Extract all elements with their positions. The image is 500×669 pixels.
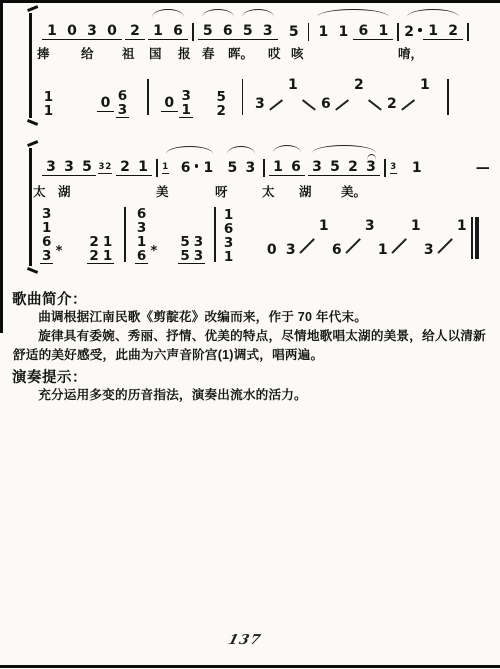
digit-row: 3 xyxy=(284,243,297,258)
digit-row: 5 xyxy=(223,161,241,176)
digit-row: 2 xyxy=(116,160,134,176)
note-body: 1 xyxy=(313,18,333,46)
digit: 6 xyxy=(332,243,342,258)
note-row: 6316* xyxy=(135,207,148,264)
chord-stack-item: 5 xyxy=(216,90,225,104)
note-body: 3 xyxy=(362,153,380,182)
note-body: 5 xyxy=(326,153,344,182)
arpeggio-mark: * xyxy=(151,244,158,259)
note-body: 1 xyxy=(284,71,301,99)
note-body: 1 xyxy=(409,212,422,240)
note-digit: 6 xyxy=(180,154,200,182)
note-body xyxy=(171,169,180,182)
barline xyxy=(242,79,244,115)
digit-row: 6 xyxy=(330,243,343,258)
note-digit: 6 xyxy=(330,236,343,264)
digit: 1 xyxy=(203,161,213,176)
augmentation-dot xyxy=(195,164,198,167)
melody-staff-2: 33532211615316352331— xyxy=(42,144,500,182)
note-body: 3 xyxy=(258,17,278,46)
digit-row: 5 xyxy=(238,24,258,40)
digit: 0 xyxy=(164,96,174,111)
glissando-stroke xyxy=(300,238,315,253)
note-body: 3 xyxy=(42,153,60,182)
slur-arc xyxy=(312,145,376,153)
digit-row: 1 xyxy=(423,24,443,40)
note-group: 1030 xyxy=(42,8,122,46)
note-row: 52 xyxy=(213,90,230,118)
digit-row: 6 xyxy=(317,97,334,112)
note-digit: 1 xyxy=(162,167,180,182)
note-body: 1 xyxy=(423,17,443,46)
note-digit: 1 xyxy=(317,212,330,240)
note-digit: 2 xyxy=(344,153,362,182)
note-digit: 1 xyxy=(373,17,393,46)
chord-stack-item: 1 xyxy=(181,103,190,117)
chord-note: 11 xyxy=(101,235,114,264)
chord-stack-item: 3 xyxy=(42,207,51,221)
final-barline xyxy=(471,217,479,259)
note-row: 3163* xyxy=(40,207,53,264)
note-body: 5 xyxy=(198,17,218,46)
chord-stack-item: 1 xyxy=(42,221,51,235)
note-row: 2 xyxy=(125,17,145,46)
chord-stack: 6316* xyxy=(135,207,148,264)
note-group: 5533 xyxy=(178,226,205,264)
note-body: 3 xyxy=(422,236,435,264)
chord-digit: 1 xyxy=(42,221,51,235)
digit: 1 xyxy=(420,78,430,93)
grace-note: 1 xyxy=(162,159,169,174)
digit: 3 xyxy=(255,97,265,112)
note-digit: 3 xyxy=(422,236,435,264)
chord-stack: 11 xyxy=(101,235,114,264)
glissando-stroke xyxy=(369,100,383,111)
barline xyxy=(214,207,216,262)
digit-row: 3 xyxy=(60,160,78,176)
barline xyxy=(447,79,449,115)
note-row: 161 xyxy=(162,154,218,182)
glissando-stroke xyxy=(438,238,453,253)
note-group: 3523 xyxy=(308,144,380,182)
note-digit: 3 xyxy=(362,153,380,182)
spacer xyxy=(235,263,265,264)
note-digit: 3 xyxy=(241,154,259,182)
note-body: 3 xyxy=(60,153,78,182)
digit: 3 xyxy=(365,219,375,234)
note-digit: 5 xyxy=(284,18,304,46)
page-number: 137 xyxy=(0,632,492,648)
digit-row: 2 xyxy=(350,78,367,93)
grace-digit-text: 1 xyxy=(162,163,168,172)
chord-stack: 52 xyxy=(214,90,227,118)
note-body: 0 xyxy=(62,17,82,46)
digit: 6 xyxy=(223,24,233,39)
barline xyxy=(308,23,310,41)
spacer xyxy=(131,117,143,118)
chord-stack-item: 1 xyxy=(103,249,112,263)
note-group: 063 xyxy=(97,80,131,118)
digit: 1 xyxy=(412,161,422,176)
digit: 1 xyxy=(138,160,148,175)
note-body: 1 xyxy=(42,17,62,46)
slur-arc xyxy=(273,145,301,153)
note-body: 3 xyxy=(363,212,376,240)
section-heading-intro: 歌曲简介： xyxy=(12,288,87,309)
chord-stack-item: 6 xyxy=(137,207,146,221)
glissando-stroke xyxy=(346,238,361,253)
digit: 1 xyxy=(153,24,163,39)
digit: 2 xyxy=(348,160,358,175)
chord-stack-item: 3 xyxy=(137,221,146,235)
digit: 5 xyxy=(330,160,340,175)
chord-digit: 1 xyxy=(224,208,233,222)
intro-paragraph-1: 曲调根据江南民歌《剪靛花》改编而来，作于 70 年代末。 xyxy=(13,308,487,327)
note-row: 031 xyxy=(161,89,195,118)
note-digit: 1 xyxy=(313,18,333,46)
chord-stack-item: 2 xyxy=(216,104,225,118)
note-digit: 2 xyxy=(125,17,145,46)
note-body: 3 xyxy=(308,153,326,182)
chord-digit: 1 xyxy=(44,90,53,104)
note-group: 031631131 xyxy=(265,227,468,264)
note-body: 0 xyxy=(161,89,178,118)
chord-digit: 1 xyxy=(224,250,233,264)
note-digit: 6 xyxy=(287,153,305,182)
digit-row: 1 xyxy=(416,78,433,93)
digit: 1 xyxy=(319,25,329,40)
note-body: 1 xyxy=(199,154,217,182)
note-row: 31 xyxy=(390,154,426,182)
lyric-syllable: 祖 xyxy=(122,44,135,62)
note-digit: 0 xyxy=(265,236,278,264)
section-heading-performance: 演奏提示： xyxy=(12,366,87,387)
lyric-syllable: 美。 xyxy=(341,182,366,200)
digit-row: 0 xyxy=(97,96,114,112)
intro-paragraph-2: 旋律具有委婉、秀丽、抒情、优美的特点，尽情地歌唱太湖的美景，给人以清新舒适的美好… xyxy=(13,327,487,365)
chord-stack-item: 3 xyxy=(194,235,203,249)
note-row: 1631 xyxy=(222,208,235,264)
note-digit: 0 xyxy=(161,89,178,118)
chord-note: 55 xyxy=(178,235,191,264)
note-digit: 5 xyxy=(78,153,96,182)
note-group: 2 xyxy=(125,8,145,46)
chord-stack-item: 6 xyxy=(224,222,233,236)
score-page: 1030216565351161212 捧给祖国报春晖。哎咳唷， 1106303… xyxy=(0,0,500,669)
digit-row: 1 xyxy=(409,219,422,234)
chord-digit: 5 xyxy=(180,235,189,249)
digit-row: 0 xyxy=(265,243,278,258)
chord-note: 6316* xyxy=(135,207,148,264)
chord-stack-item: 2 xyxy=(89,235,98,249)
slur-arc xyxy=(407,9,459,17)
digit-row: 6 xyxy=(218,24,238,40)
digit-row: 6 xyxy=(287,160,305,176)
note-digit: 0 xyxy=(97,89,114,118)
note-row: 53 xyxy=(238,17,278,46)
grace-digit: 3 xyxy=(98,159,105,172)
note-body: 6 xyxy=(353,17,373,46)
digit-row: 1 xyxy=(148,24,168,40)
lyric-syllable: 春 xyxy=(202,44,215,62)
digit-row: 2 xyxy=(344,160,362,176)
note-group: 5 xyxy=(284,9,304,46)
note-body: 0 xyxy=(97,89,114,118)
barline xyxy=(263,159,265,177)
note-body: 6 xyxy=(168,17,188,46)
chord-digit: 6 xyxy=(42,235,51,249)
chord-note: 33 xyxy=(192,235,205,264)
note-body: 1 xyxy=(376,236,389,264)
note-group: 16 xyxy=(269,144,305,182)
note-body: 1 xyxy=(373,17,393,46)
digit: 6 xyxy=(181,161,191,176)
digit: 1 xyxy=(47,24,57,39)
chord-stack-item: 1 xyxy=(137,235,146,249)
digit-row: 1 xyxy=(333,25,353,40)
note-digit: 6 xyxy=(353,17,373,46)
digit: — xyxy=(476,161,490,176)
slur-arc xyxy=(152,9,184,17)
lyric-syllable: 美 xyxy=(156,182,169,200)
note-row: — xyxy=(474,154,492,182)
note-row: 316221 xyxy=(251,90,433,118)
chord-stack: 63 xyxy=(116,89,129,118)
chord-note: 52 xyxy=(213,90,230,118)
chord-digit: 3 xyxy=(181,89,190,103)
note-group: 1631 xyxy=(222,199,235,264)
note-body: 1 xyxy=(148,17,168,46)
digit-row: 5 xyxy=(78,160,96,176)
note-digit: 3 xyxy=(363,212,376,240)
grace-note: 3 xyxy=(390,159,397,174)
note-group: 56 xyxy=(198,8,238,46)
note-digit: 3 xyxy=(308,153,326,182)
digit: 1 xyxy=(288,78,298,93)
note-digit: 5 xyxy=(326,153,344,182)
lyric-syllable: 唷， xyxy=(398,44,423,62)
accompaniment-staff-1: 1106303152316221 xyxy=(40,70,453,118)
note-digit: 1 xyxy=(376,236,389,264)
note-body: 2 xyxy=(125,17,145,46)
slur-arc xyxy=(202,9,234,17)
digit-row: 2 xyxy=(125,24,145,40)
spacer xyxy=(57,117,97,118)
digit: 1 xyxy=(428,24,438,39)
digit-row: 1 xyxy=(408,161,426,176)
chord-stack-item: 6 xyxy=(42,235,51,249)
digit: 3 xyxy=(263,24,273,39)
note-digit: 2 xyxy=(383,90,400,118)
digit-row: 2 xyxy=(403,25,423,40)
glissando-stroke xyxy=(270,100,284,111)
digit: 2 xyxy=(120,160,130,175)
note-digit: 1 xyxy=(333,18,353,46)
note-body: 3 xyxy=(251,90,268,118)
note-body: 5 xyxy=(284,18,304,46)
note-body: 5 xyxy=(223,154,241,182)
slur-arc xyxy=(317,9,389,17)
chord-digit: 6 xyxy=(137,249,146,263)
note-row: 335 xyxy=(42,153,96,182)
digit-row: 3 xyxy=(308,160,326,176)
digit-row: 2 xyxy=(443,24,463,40)
note-digit: 1 xyxy=(199,154,217,182)
digit: 5 xyxy=(289,25,299,40)
note-body: 2 xyxy=(443,17,463,46)
grace-note: 32 xyxy=(98,159,112,174)
chord-stack-item: 3 xyxy=(194,249,203,263)
digit: 3 xyxy=(312,160,322,175)
note-body: 2 xyxy=(344,153,362,182)
barline xyxy=(192,23,194,41)
note-group: 212 xyxy=(403,8,463,46)
digit-row: 1 xyxy=(42,24,62,40)
chord-digit: 6 xyxy=(224,222,233,236)
chord-digit: 1 xyxy=(137,235,146,249)
digit-row: 6 xyxy=(168,24,188,40)
chord-digit: 1 xyxy=(103,235,112,249)
digit-row: 2 xyxy=(383,97,400,112)
digit: 0 xyxy=(67,24,77,39)
note-body: 5 xyxy=(78,153,96,182)
final-barline-thin xyxy=(471,217,473,259)
note-digit: 1 xyxy=(416,71,433,99)
spacer xyxy=(230,117,238,118)
grace-digit: 3 xyxy=(390,159,397,172)
note-digit: 5 xyxy=(238,17,258,46)
lyric-syllable: 捧 xyxy=(37,44,50,62)
digit-row: 0 xyxy=(161,96,178,112)
chord-stack-item: 6 xyxy=(137,249,146,263)
spacer xyxy=(114,263,120,264)
lyric-syllable: 报 xyxy=(178,44,191,62)
digit-row: 0 xyxy=(62,24,82,40)
note-digit: 3 xyxy=(251,90,268,118)
note-digit: 6 xyxy=(168,17,188,46)
chord-stack: 1631 xyxy=(222,208,235,264)
note-body: 6 xyxy=(180,154,200,182)
lyric-syllable: 太 xyxy=(262,182,275,200)
chord-digit: 3 xyxy=(42,207,51,221)
note-digit: 6 xyxy=(218,17,238,46)
lyrics-line-2: 太湖美呀太湖美。 xyxy=(0,182,500,199)
chord-stack-item: 3 xyxy=(118,103,127,117)
note-body: 6 xyxy=(287,153,305,182)
system-bracket-2 xyxy=(29,148,32,266)
chord-stack-item: 3 xyxy=(181,89,190,103)
chord-stack-item: 2 xyxy=(89,249,98,263)
note-body: 6 xyxy=(330,236,343,264)
digit-row: 3 xyxy=(251,97,268,112)
chord-stack-item: 3 xyxy=(42,249,51,263)
note-group: 31 xyxy=(390,145,426,182)
note-digit: 32 xyxy=(98,167,116,182)
note-digit: 2 xyxy=(350,71,367,99)
note-row: 3221 xyxy=(98,153,152,182)
slur-arc xyxy=(166,146,214,154)
digit-row: 1 xyxy=(455,219,468,234)
note-digit: 3 xyxy=(82,17,102,46)
digit: 3 xyxy=(366,160,376,175)
chord-stack-item: 1 xyxy=(224,208,233,222)
digit: 2 xyxy=(130,24,140,39)
digit-row: 3 xyxy=(258,24,278,40)
chord-stack: 33 xyxy=(192,235,205,264)
accompaniment-staff-2: 3163*22116316*55331631031631131 xyxy=(40,202,482,264)
note-digit: 2 xyxy=(116,153,134,182)
spacer xyxy=(153,117,161,118)
chord-digit: 2 xyxy=(89,235,98,249)
note-body: 1 xyxy=(134,153,152,182)
lyric-syllable: 湖 xyxy=(299,182,312,200)
note-body: 0 xyxy=(102,17,122,46)
note-body: 2 xyxy=(403,18,423,46)
chord-digit: 2 xyxy=(216,104,225,118)
note-group: 3163* xyxy=(40,198,53,264)
lyric-syllable: 国 xyxy=(149,44,162,62)
note-row: 53 xyxy=(223,154,259,182)
note-group: 031 xyxy=(161,80,195,118)
digit-row: 3 xyxy=(82,24,102,40)
digit: 5 xyxy=(82,160,92,175)
chord-stack-item: 1 xyxy=(44,90,53,104)
note-digit: 1 xyxy=(423,17,443,46)
digit: 3 xyxy=(87,24,97,39)
chord-stack-item: 1 xyxy=(224,250,233,264)
lyric-syllable: 哎 xyxy=(268,44,281,62)
barline xyxy=(156,159,158,177)
digit: 3 xyxy=(424,243,434,258)
digit: 3 xyxy=(245,161,255,176)
note-body xyxy=(399,169,408,182)
note-digit: — xyxy=(474,154,492,182)
note-row: 5 xyxy=(284,18,304,46)
digit-row: 1 xyxy=(317,219,330,234)
chord-digit: 5 xyxy=(180,249,189,263)
note-row: 212 xyxy=(403,17,463,46)
digit: 1 xyxy=(379,24,389,39)
glissando-stroke xyxy=(392,238,407,253)
performance-paragraph: 充分运用多变的历音指法，演奏出流水的活力。 xyxy=(13,386,487,405)
lyrics-line-1: 捧给祖国报春晖。哎咳唷， xyxy=(0,44,500,61)
chord-note: 31 xyxy=(178,89,195,118)
note-digit: 0 xyxy=(102,17,122,46)
chord-stack-item: 3 xyxy=(224,236,233,250)
chord-note: 1631 xyxy=(222,208,235,264)
digit-row: 6 xyxy=(180,161,200,176)
note-body: 5 xyxy=(238,17,258,46)
spacer xyxy=(195,117,213,118)
note-digit: 5 xyxy=(198,17,218,46)
digit-row: — xyxy=(474,161,492,176)
grace-digit: 2 xyxy=(105,159,112,172)
chord-note: 22 xyxy=(87,235,100,264)
arpeggio-mark: * xyxy=(56,244,63,259)
note-digit: 3 xyxy=(258,17,278,46)
chord-digit: 3 xyxy=(224,236,233,250)
lyric-syllable: 呀 xyxy=(215,182,228,200)
chord-stack: 55 xyxy=(178,235,191,264)
digit: 0 xyxy=(107,24,117,39)
digit-row: 3 xyxy=(241,161,259,176)
chord-stack-item: 1 xyxy=(103,235,112,249)
digit: 5 xyxy=(243,24,253,39)
note-group: 3221 xyxy=(98,144,152,182)
chord-stack-item: 1 xyxy=(44,104,53,118)
lyric-syllable: 咳 xyxy=(291,44,304,62)
chord-note: 3163* xyxy=(40,207,53,264)
